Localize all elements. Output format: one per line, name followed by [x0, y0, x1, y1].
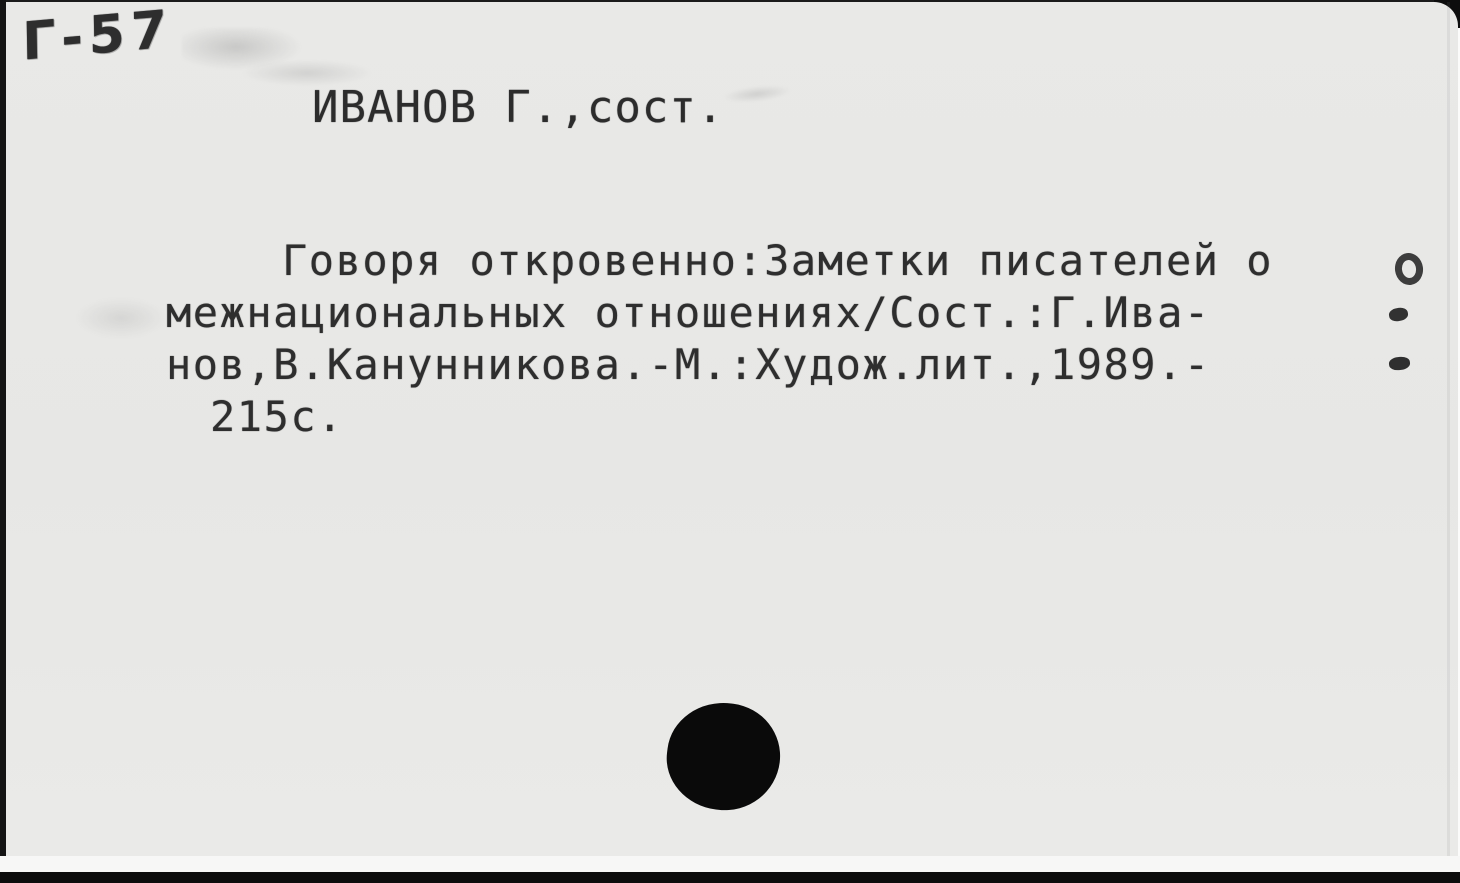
edge-ink-mark [1388, 307, 1409, 323]
scan-frame-left-edge [0, 0, 6, 858]
smudge-mark [76, 298, 166, 338]
bibliographic-line: Говоря откровенно:Заметки писателей о [282, 236, 1273, 285]
bibliographic-line: 215с. [210, 392, 344, 441]
scan-frame-bottom-strip [0, 856, 1460, 872]
edge-ink-mark [1388, 356, 1410, 371]
author-heading: ИВАНОВ Г.,сост. [312, 82, 724, 133]
scan-frame-bottom-edge [0, 872, 1460, 883]
bibliographic-line: межнациональных отношениях/Сост.:Г.Ива- [166, 288, 1211, 337]
catalog-card: Г-57 ИВАНОВ Г.,сост. Говоря откровенно:З… [6, 2, 1458, 858]
edge-ink-mark [1393, 251, 1425, 287]
call-number: Г-57 [22, 0, 174, 73]
hole-punch-mark [661, 697, 786, 817]
bibliographic-line: нов,В.Канунникова.-М.:Худож.лит.,1989.- [166, 340, 1211, 389]
smudge-mark [721, 82, 792, 105]
